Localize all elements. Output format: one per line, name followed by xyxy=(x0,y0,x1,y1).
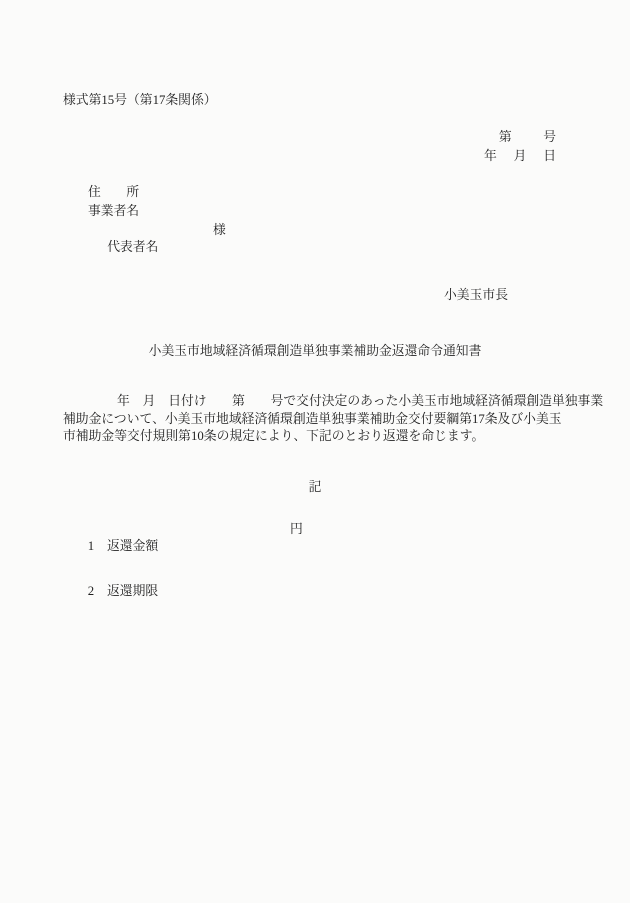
item-row-refund-deadline: 2 返還期限 xyxy=(75,566,158,618)
recipient-representative-label: 代表者名 xyxy=(107,240,158,254)
recipient-address-label: 住 所 xyxy=(88,184,158,203)
body-line-2: 補助金について、小美玉市地域経済循環創造単独事業補助金交付要綱第17条及び小美玉 xyxy=(63,411,583,429)
item-2-label: 返還期限 xyxy=(107,584,158,598)
recipient-honorific: 様 xyxy=(213,222,226,239)
sender-mayor: 小美玉市長 xyxy=(444,287,508,304)
body-line-3: 市補助金等交付規則第10条の規定により、下記のとおり返還を命じます。 xyxy=(63,428,583,446)
body-line-1: 年 月 日付け 第 号で交付決定のあった小美玉市地域経済循環創造単独事業 xyxy=(63,393,583,411)
recipient-representative-line: 代表者名 様 xyxy=(88,222,158,241)
item-2-spacer xyxy=(94,584,107,598)
document-title: 小美玉市地域経済循環創造単独事業補助金返還命令通知書 xyxy=(0,343,630,360)
record-mark: 記 xyxy=(0,479,630,496)
body-paragraph: 年 月 日付け 第 号で交付決定のあった小美玉市地域経済循環創造単独事業 補助金… xyxy=(63,393,583,446)
item-1-label: 返還金額 xyxy=(107,539,158,553)
item-1-unit-yen: 円 xyxy=(290,521,303,538)
recipient-block: 住 所 事業者名 代表者名 様 xyxy=(88,184,158,240)
recipient-business-name-label: 事業者名 xyxy=(88,203,158,222)
document-page: 様式第15号（第17条関係） 第 号 年 月 日 住 所 事業者名 代表者名 様… xyxy=(0,0,630,903)
date-line: 年 月 日 xyxy=(484,148,558,165)
document-number-line: 第 号 xyxy=(499,129,558,146)
form-number: 様式第15号（第17条関係） xyxy=(63,92,217,109)
item-1-spacer xyxy=(94,539,107,553)
